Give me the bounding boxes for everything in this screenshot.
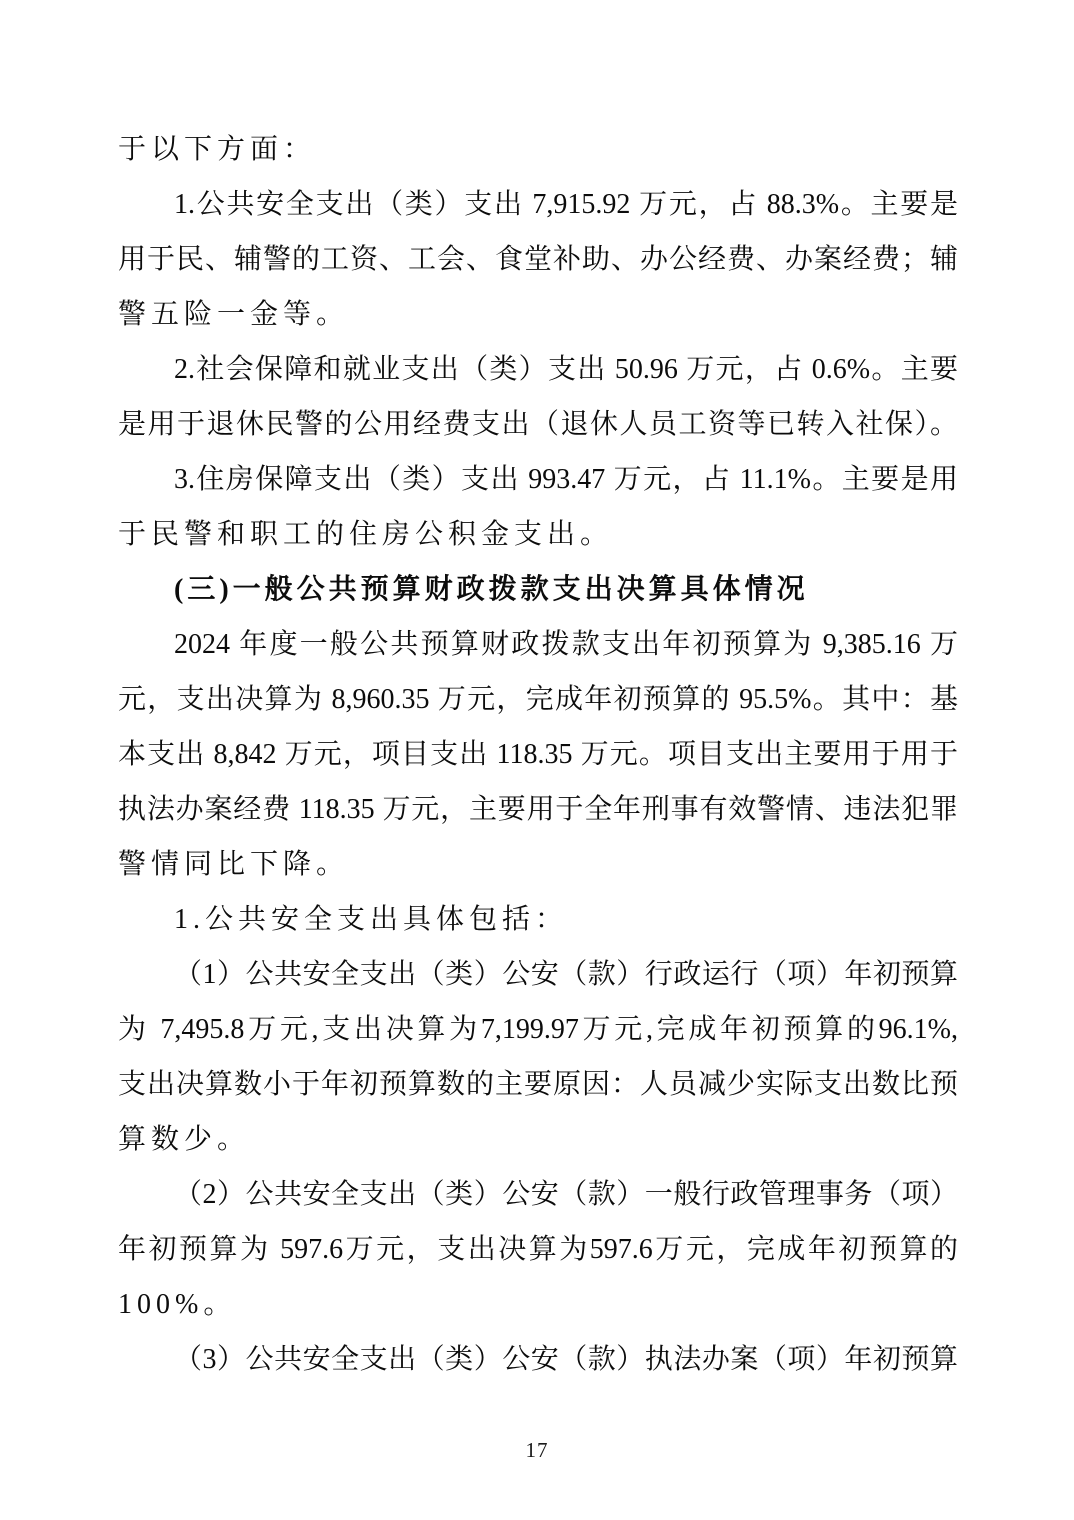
item1-public-safety-expense-line1: 1.公共安全支出（类）支出 7,915.92 万元，占 88.3%。主要是 [118,177,958,232]
subitem1-admin-operation-line3: 支出决算数小于年初预算数的主要原因：人员减少实际支出数比预 [118,1057,958,1112]
budget-overview-line3: 本支出 8,842 万元，项目支出 118.35 万元。项目支出主要用于用于 [118,727,958,782]
item1-public-safety-expense-line3: 警五险一金等。 [118,287,958,342]
subitem3-law-enforcement-case-line1: （3）公共安全支出（类）公安（款）执法办案（项）年初预算 [118,1332,958,1387]
budget-overview-line4: 执法办案经费 118.35 万元，主要用于全年刑事有效警情、违法犯罪 [118,782,958,837]
subitem2-general-admin-affairs-line1: （2）公共安全支出（类）公安（款）一般行政管理事务（项） [118,1167,958,1222]
section-heading-fiscal-appropriation-details: (三)一般公共预算财政拨款支出决算具体情况 [118,562,958,617]
budget-overview-line2: 元，支出决算为 8,960.35 万元，完成年初预算的 95.5%。其中：基 [118,672,958,727]
subitem2-general-admin-affairs-line2: 年初预算为 597.6万元，支出决算为597.6万元，完成年初预算的 [118,1222,958,1277]
document-text-block: 于以下方面： 1.公共安全支出（类）支出 7,915.92 万元，占 88.3%… [118,122,958,1387]
budget-overview-line5: 警情同比下降。 [118,837,958,892]
subitem2-general-admin-affairs-line3: 100%。 [118,1277,958,1332]
continuation-line: 于以下方面： [118,122,958,177]
item2-social-security-expense-line1: 2.社会保障和就业支出（类）支出 50.96 万元，占 0.6%。主要 [118,342,958,397]
subitem1-admin-operation-line1: （1）公共安全支出（类）公安（款）行政运行（项）年初预算 [118,947,958,1002]
budget-overview-line1: 2024 年度一般公共预算财政拨款支出年初预算为 9,385.16 万 [118,617,958,672]
document-page: 于以下方面： 1.公共安全支出（类）支出 7,915.92 万元，占 88.3%… [0,0,1074,1520]
public-safety-detail-intro-line: 1.公共安全支出具体包括： [118,892,958,947]
item1-public-safety-expense-line2: 用于民、辅警的工资、工会、食堂补助、办公经费、办案经费；辅 [118,232,958,287]
page-number: 17 [0,1438,1074,1463]
subitem1-admin-operation-line4: 算数少。 [118,1112,958,1167]
subitem1-admin-operation-line2: 为 7,495.8万元,支出决算为7,199.97万元,完成年初预算的96.1%… [118,1002,958,1057]
item3-housing-expense-line2: 于民警和职工的住房公积金支出。 [118,507,958,562]
item3-housing-expense-line1: 3.住房保障支出（类）支出 993.47 万元，占 11.1%。主要是用 [118,452,958,507]
item2-social-security-expense-line2: 是用于退休民警的公用经费支出（退休人员工资等已转入社保）。 [118,397,958,452]
